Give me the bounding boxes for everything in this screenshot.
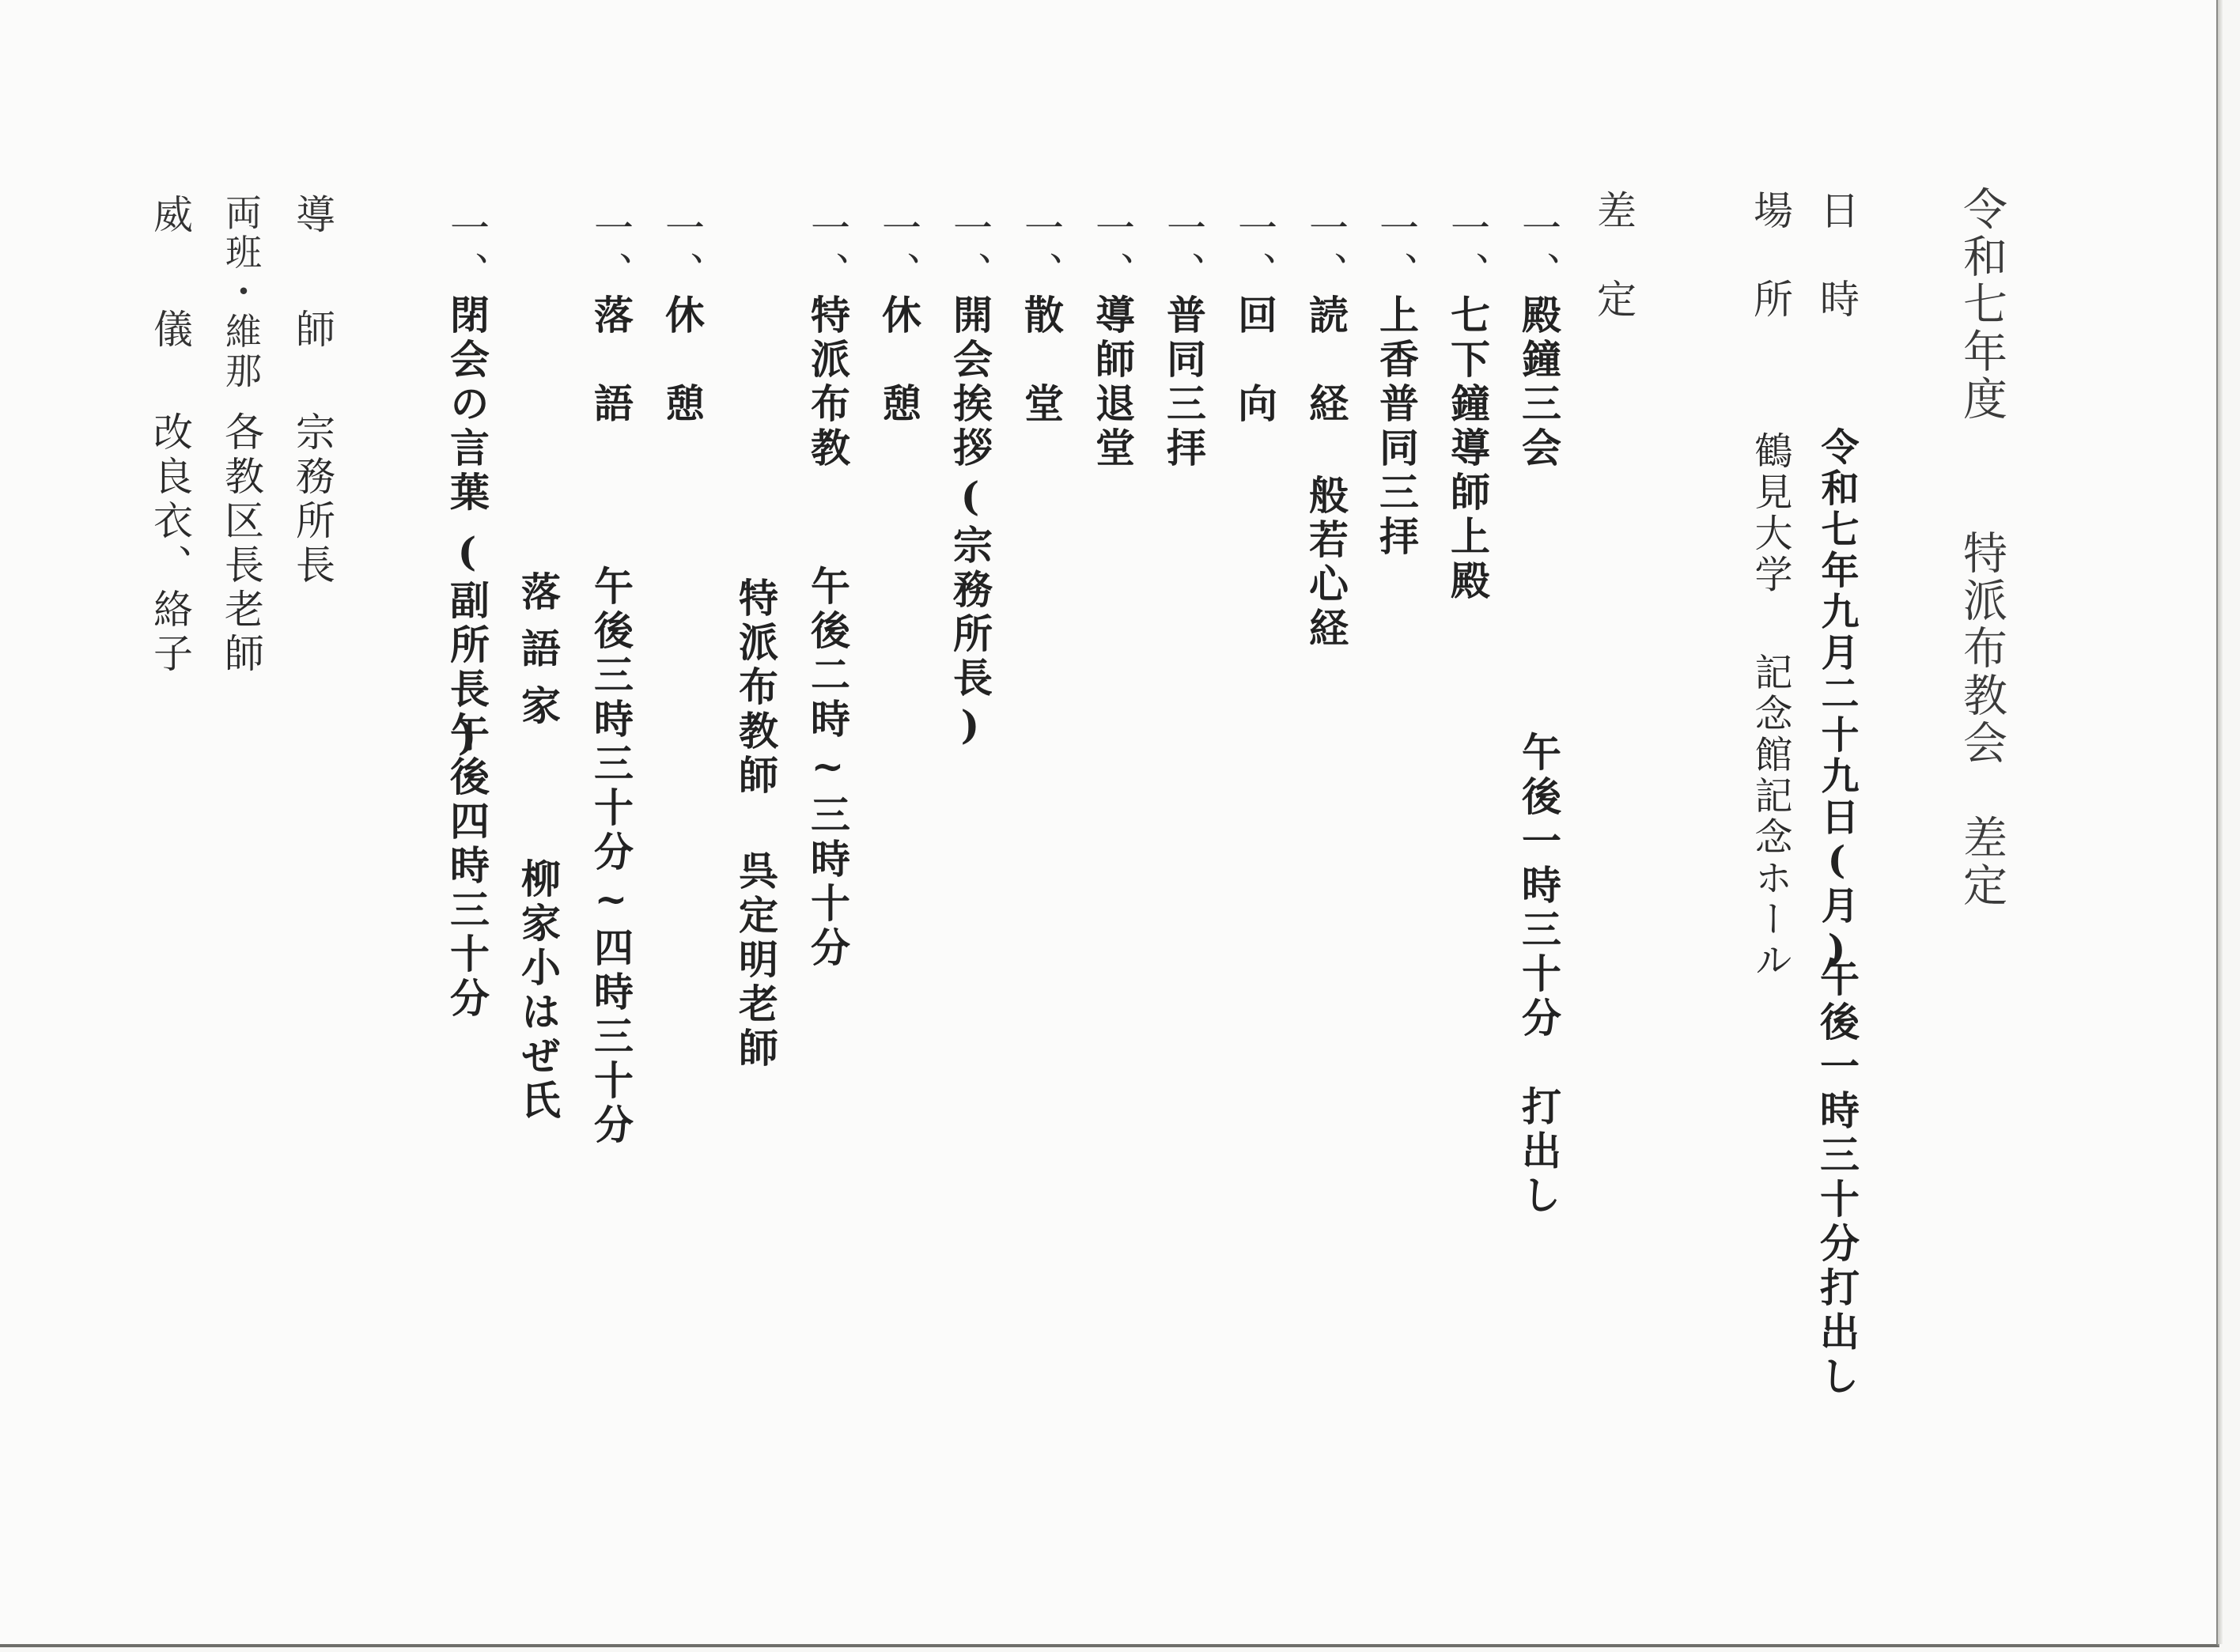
item-title: 殿鐘三会 — [1519, 294, 1558, 471]
place-hall: 記念館記念ホール — [1751, 652, 1789, 981]
datetime-time: 午後一時三十分打出し — [1817, 957, 1856, 1400]
place-venue: 鶴見大学 — [1751, 431, 1789, 595]
place-label: 場所 — [1750, 190, 1790, 367]
bullet: 一、 — [447, 207, 486, 296]
item-sub-role: 落語家 — [518, 571, 558, 742]
role-label-igi: 威儀 — [150, 194, 190, 423]
item-title: 導師退堂 — [1092, 294, 1132, 471]
item-sub-name: 柳家小はぜ氏 — [518, 858, 558, 1124]
item-title: 休憩 — [662, 294, 702, 471]
bullet: 一、 — [1021, 207, 1061, 296]
role-value-ryohan: 各教区長老師 — [221, 411, 261, 677]
item-detail: 般若心経 — [1306, 474, 1345, 652]
item-title: 休憩 — [879, 294, 918, 471]
header-year: 令和七年度 — [1959, 186, 2004, 423]
item-title: 散堂 — [1021, 294, 1061, 471]
bullet: 一、 — [1235, 207, 1274, 296]
bullet: 一、 — [591, 207, 630, 296]
item-title: 落語 — [591, 294, 630, 471]
bullet: 一、 — [950, 207, 989, 296]
item-time: 午後四時三十分 — [447, 712, 486, 1022]
bullet: 一、 — [1306, 207, 1345, 296]
item-detail: 午後一時三十分 打出し — [1519, 731, 1558, 1219]
item-detail: (宗務所長) — [950, 473, 989, 753]
item-title: 閉会の言葉 — [447, 294, 486, 516]
item-detail: 午後三時三十分~四時三十分 — [591, 565, 630, 1148]
role-value-officiant: 宗務所長 — [293, 411, 332, 588]
bullet: 一、 — [1447, 207, 1487, 296]
item-title: 読経 — [1306, 294, 1345, 471]
bullet: 一、 — [1376, 207, 1416, 296]
item-title: 七下鐘導師上殿 — [1447, 294, 1487, 604]
header-event: 特派布教会 — [1959, 530, 2004, 767]
bullet: 一、 — [879, 207, 918, 296]
item-sub-role: 特派布教師 — [736, 577, 775, 799]
role-label-ryohan: 両班・維那 — [223, 194, 259, 391]
program-heading: 差定 — [1594, 190, 1633, 367]
item-title: 回向 — [1235, 294, 1274, 471]
item-title: 特派布教 — [808, 294, 847, 471]
bullet: 一、 — [1092, 207, 1132, 296]
role-label-officiant: 導師 — [293, 194, 332, 423]
document-page: 令和七年度 特派布教会 差定 日時 令和七年九月二十九日(月) 午後一時三十分打… — [0, 0, 2219, 1647]
item-detail: 午後二時~三時十分 — [808, 565, 847, 971]
role-value-igi: 改良衣、絡子 — [150, 411, 190, 677]
item-title: 開会挨拶 — [950, 294, 989, 471]
bullet: 一、 — [808, 207, 847, 296]
bullet: 一、 — [662, 207, 702, 296]
item-sub-name: 呉定明老師 — [736, 850, 775, 1072]
item-title: 普同三拝 — [1164, 294, 1203, 471]
datetime-date: 令和七年九月二十九日(月) — [1818, 427, 1856, 974]
datetime-label: 日時 — [1817, 190, 1856, 367]
item-title: 上香普同三拝 — [1376, 294, 1416, 560]
bullet: 一、 — [1164, 207, 1203, 296]
header-doc-type: 差定 — [1959, 815, 2004, 909]
bullet: 一、 — [1519, 207, 1558, 296]
